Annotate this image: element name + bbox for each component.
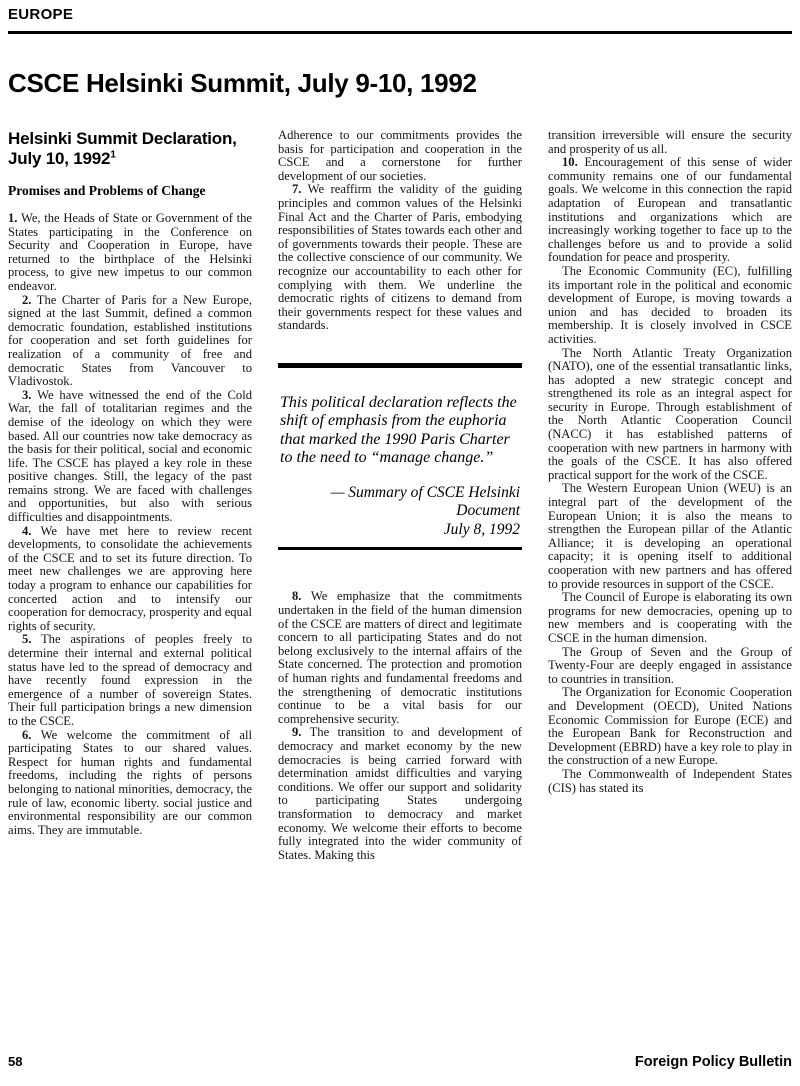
body-paragraph: 6. We welcome the commitment of all part… <box>8 729 252 838</box>
body-paragraph: The Western European Union (WEU) is an i… <box>548 482 792 591</box>
column-3: transition irreversible will ensure the … <box>548 129 792 862</box>
body-paragraph: 10. Encouragement of this sense of wider… <box>548 156 792 265</box>
paragraph-text: The Organization for Economic Cooperatio… <box>548 685 792 767</box>
paragraph-text: The Council of Europe is elaborating its… <box>548 590 792 645</box>
body-paragraph: 2. The Charter of Paris for a New Europe… <box>8 294 252 389</box>
pull-quote-attribution-line2: Document <box>280 502 520 521</box>
column-2-paragraphs-top: Adherence to our commitments provides th… <box>278 129 522 333</box>
page-footer: 58 Foreign Policy Bulletin <box>8 1054 792 1070</box>
paragraph-number: 8. <box>292 589 301 603</box>
paragraph-text: We welcome the commitment of all partici… <box>8 728 252 837</box>
article-heading: Helsinki Summit Declaration, July 10, 19… <box>8 129 252 169</box>
column-1-paragraphs: 1. We, the Heads of State or Government … <box>8 212 252 837</box>
paragraph-text: We, the Heads of State or Government of … <box>8 211 252 293</box>
footnote-marker: 1 <box>110 149 115 160</box>
paragraph-text: We have met here to review recent develo… <box>8 524 252 633</box>
publication-name: Foreign Policy Bulletin <box>635 1054 792 1070</box>
paragraph-text: We reaffirm the validity of the guiding … <box>278 182 522 332</box>
body-paragraph: The Economic Community (EC), fulfilling … <box>548 265 792 347</box>
article-heading-line1: Helsinki Summit Declaration, <box>8 129 252 149</box>
paragraph-number: 5. <box>22 632 31 646</box>
paragraph-number: 10. <box>562 155 578 169</box>
body-paragraph: The Organization for Economic Cooperatio… <box>548 686 792 768</box>
section-kicker: EUROPE <box>8 6 792 23</box>
paragraph-number: 3. <box>22 388 31 402</box>
body-paragraph: transition irreversible will ensure the … <box>548 129 792 156</box>
paragraph-text: Encouragement of this sense of wider com… <box>548 155 792 264</box>
paragraph-text: The North Atlantic Treaty Organization (… <box>548 346 792 482</box>
column-2-paragraphs-bottom: 8. We emphasize that the commitments und… <box>278 590 522 862</box>
article-subheading: Promises and Problems of Change <box>8 183 252 199</box>
paragraph-number: 1. <box>8 211 17 225</box>
body-paragraph: 7. We reaffirm the validity of the guidi… <box>278 183 522 333</box>
paragraph-text: The aspirations of peoples freely to det… <box>8 632 252 728</box>
page-title: CSCE Helsinki Summit, July 9-10, 1992 <box>8 68 792 99</box>
paragraph-number: 6. <box>22 728 31 742</box>
paragraph-text: transition irreversible will ensure the … <box>548 128 792 156</box>
paragraph-number: 4. <box>22 524 31 538</box>
document-page: EUROPE CSCE Helsinki Summit, July 9-10, … <box>0 0 800 1086</box>
pull-quote-attribution-line1: — Summary of CSCE Helsinki <box>280 484 520 503</box>
column-1: Helsinki Summit Declaration, July 10, 19… <box>8 129 252 862</box>
page-header: EUROPE CSCE Helsinki Summit, July 9-10, … <box>8 6 792 99</box>
article-heading-line2: July 10, 19921 <box>8 149 252 169</box>
pull-quote-text: This political declaration reflects the … <box>280 394 520 468</box>
pull-quote-attribution-line3: July 8, 1992 <box>280 521 520 540</box>
paragraph-text: Adherence to our commitments provides th… <box>278 128 522 183</box>
article-body: Helsinki Summit Declaration, July 10, 19… <box>8 129 792 862</box>
header-rule <box>8 31 792 34</box>
paragraph-text: The Western European Union (WEU) is an i… <box>548 481 792 590</box>
body-paragraph: The Council of Europe is elaborating its… <box>548 591 792 645</box>
body-paragraph: 4. We have met here to review recent dev… <box>8 525 252 634</box>
article-heading-line2-text: July 10, 1992 <box>8 149 110 168</box>
body-paragraph: 1. We, the Heads of State or Government … <box>8 212 252 294</box>
paragraph-text: The Group of Seven and the Group of Twen… <box>548 645 792 686</box>
column-2: Adherence to our commitments provides th… <box>278 129 522 862</box>
paragraph-text: We have witnessed the end of the Cold Wa… <box>8 388 252 524</box>
paragraph-number: 9. <box>292 725 301 739</box>
pull-quote-attribution: — Summary of CSCE Helsinki Document July… <box>280 484 520 540</box>
body-paragraph: Adherence to our commitments provides th… <box>278 129 522 183</box>
paragraph-text: The transition to and development of dem… <box>278 725 522 861</box>
paragraph-number: 7. <box>292 182 301 196</box>
page-number: 58 <box>8 1054 22 1069</box>
paragraph-text: We emphasize that the commitments undert… <box>278 589 522 725</box>
paragraph-text: The Charter of Paris for a New Europe, s… <box>8 293 252 389</box>
body-paragraph: 9. The transition to and development of … <box>278 726 522 862</box>
body-paragraph: The North Atlantic Treaty Organization (… <box>548 347 792 483</box>
paragraph-text: The Commonwealth of Independent States (… <box>548 767 792 795</box>
paragraph-text: The Economic Community (EC), fulfilling … <box>548 264 792 346</box>
pull-quote: This political declaration reflects the … <box>278 363 522 551</box>
body-paragraph: 8. We emphasize that the commitments und… <box>278 590 522 726</box>
body-paragraph: The Commonwealth of Independent States (… <box>548 768 792 795</box>
column-3-paragraphs: transition irreversible will ensure the … <box>548 129 792 795</box>
body-paragraph: 3. We have witnessed the end of the Cold… <box>8 389 252 525</box>
paragraph-number: 2. <box>22 293 31 307</box>
body-paragraph: The Group of Seven and the Group of Twen… <box>548 646 792 687</box>
body-paragraph: 5. The aspirations of peoples freely to … <box>8 633 252 728</box>
